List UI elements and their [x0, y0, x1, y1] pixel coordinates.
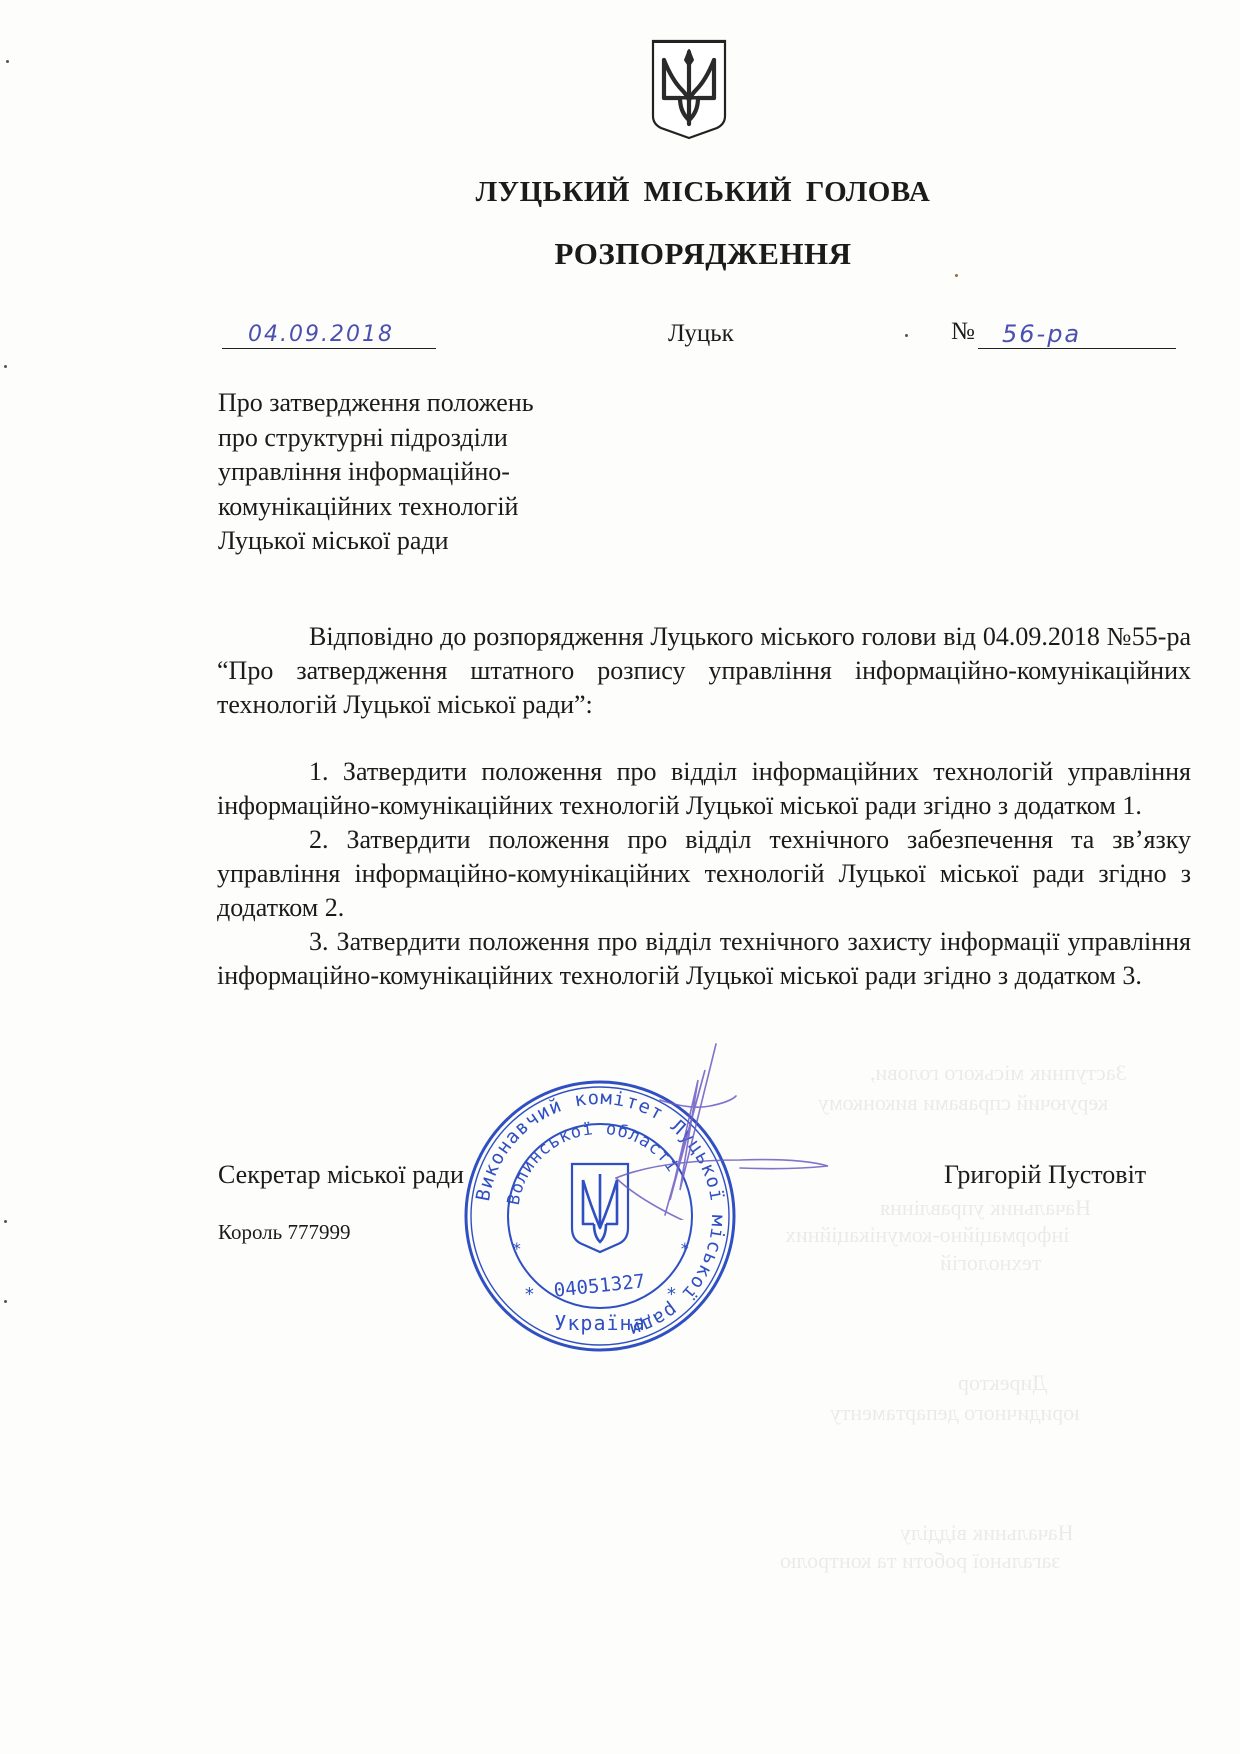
scan-speck	[905, 334, 908, 337]
subject-line: Про затвердження положень	[218, 386, 638, 421]
signatory-name: Григорій Пустовіт	[944, 1160, 1146, 1190]
order-item-1: 1. Затвердити положення про відділ інфор…	[217, 755, 1191, 823]
svg-text:*: *	[524, 1284, 535, 1305]
order-item-2: 2. Затвердити положення про відділ техні…	[217, 823, 1191, 925]
document-type-heading: РОЗПОРЯДЖЕННЯ	[0, 236, 1240, 272]
bleed-through-text: юридичного департаменту	[830, 1400, 1080, 1426]
bleed-through-text: Начальник відділу	[900, 1520, 1074, 1546]
trident-coat-of-arms-icon	[650, 38, 728, 140]
svg-text:Україна: Україна	[554, 1311, 645, 1335]
scan-speck	[955, 274, 958, 277]
subject-line: Луцької міської ради	[218, 524, 638, 559]
signatory-position: Секретар міської ради	[218, 1160, 464, 1190]
svg-text:*: *	[512, 1239, 522, 1258]
handwritten-document-number: 56-ра	[1002, 320, 1081, 348]
scan-speck	[6, 60, 9, 63]
handwritten-signature	[500, 1040, 860, 1220]
document-body: Відповідно до розпорядження Луцького міс…	[217, 620, 1191, 993]
executor-contact: Король 777999	[218, 1220, 351, 1245]
number-sign-label: №	[951, 318, 975, 346]
subject-line: комунікаційних технологій	[218, 490, 638, 525]
scan-speck	[4, 1300, 7, 1303]
handwritten-date: 04.09.2018	[248, 322, 394, 347]
bleed-through-text: Директор	[958, 1370, 1047, 1396]
subject-line: про структурні підрозділи	[218, 421, 638, 456]
order-item-3: 3. Затвердити положення про відділ техні…	[217, 925, 1191, 993]
bleed-through-text: інформаційно-комунікаційних	[785, 1222, 1069, 1248]
city-label: Луцьк	[668, 320, 734, 348]
document-number-field: 56-ра	[978, 318, 1176, 349]
preamble-paragraph: Відповідно до розпорядження Луцького міс…	[217, 620, 1191, 722]
svg-text:*: *	[666, 1284, 677, 1305]
document-subject: Про затвердження положень про структурні…	[218, 386, 638, 559]
bleed-through-text: технологій	[940, 1250, 1041, 1276]
bleed-through-text: Заступник міського голови,	[870, 1060, 1127, 1086]
bleed-through-text: керуючий справами виконкому	[818, 1090, 1108, 1116]
organization-title: ЛУЦЬКИЙ МІСЬКИЙ ГОЛОВА	[0, 176, 1240, 209]
date-field: 04.09.2018	[222, 318, 436, 349]
bleed-through-text: Начальник управління	[880, 1195, 1091, 1221]
svg-text:*: *	[680, 1239, 690, 1258]
subject-line: управління інформаційно-	[218, 455, 638, 490]
svg-text:04051327: 04051327	[553, 1270, 646, 1301]
scan-speck	[4, 1220, 7, 1223]
bleed-through-text: загальної роботи та контролю	[780, 1548, 1060, 1574]
scan-speck	[4, 365, 7, 368]
